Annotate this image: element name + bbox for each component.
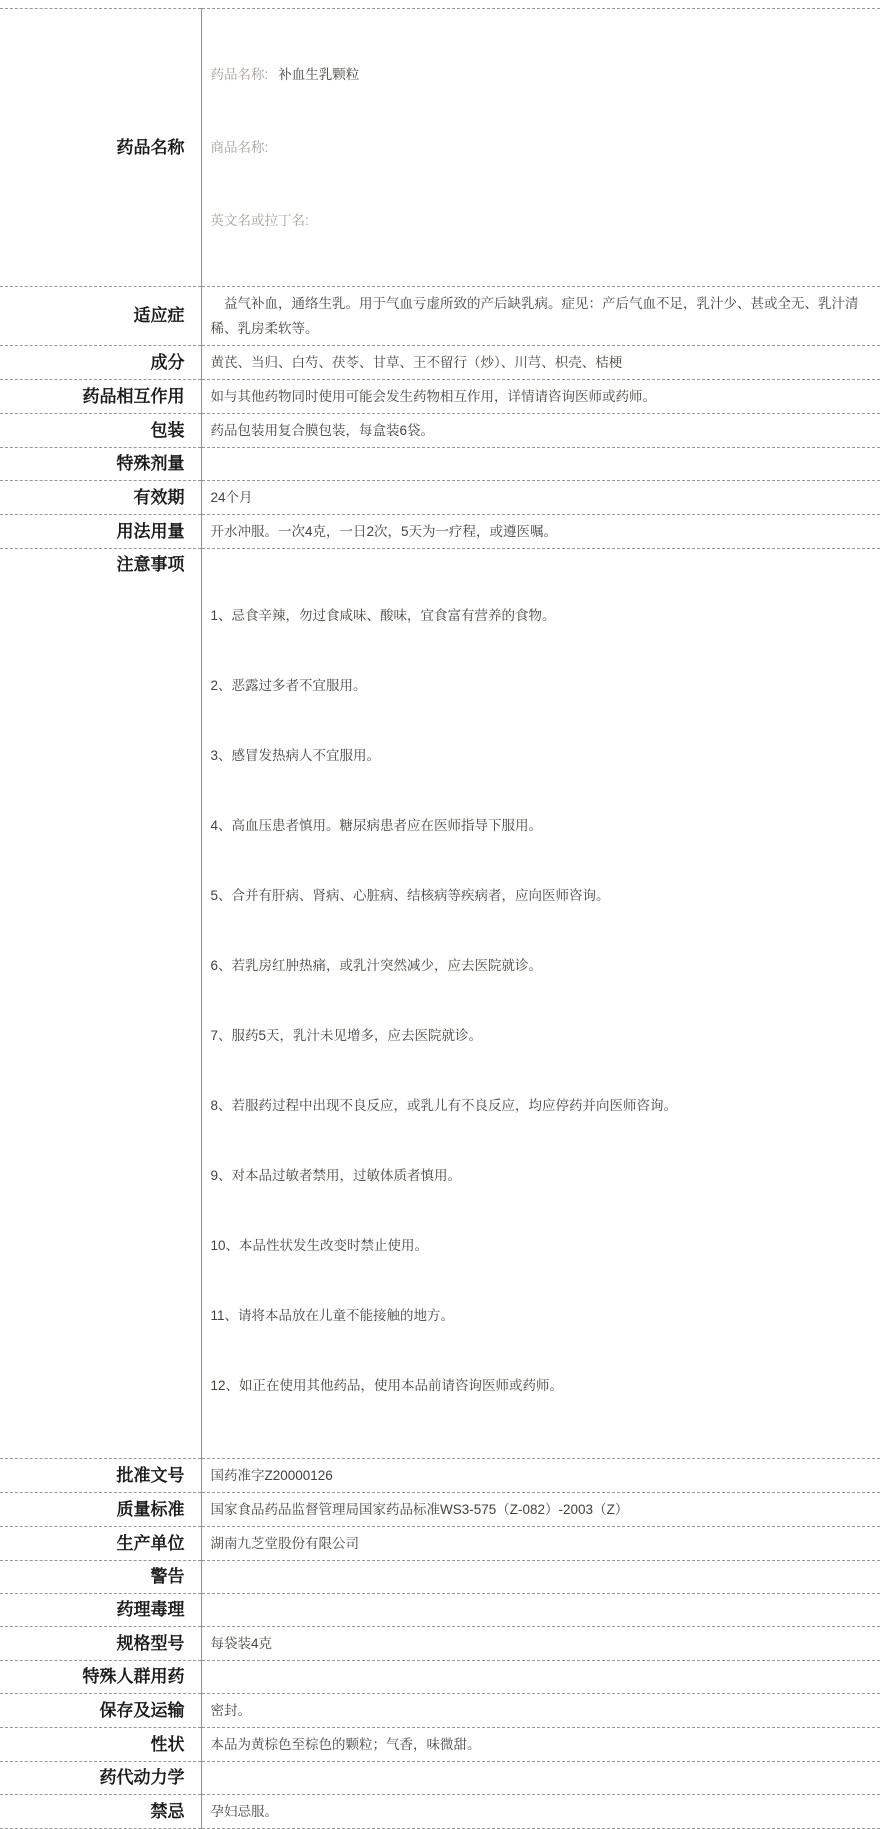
precaution-item: 2、恶露过多者不宜服用。 [211, 676, 871, 696]
precaution-item: 3、感冒发热病人不宜服用。 [211, 746, 871, 766]
row-label-special-population: 特殊人群用药 [0, 1661, 201, 1694]
row-warning: 警告 [0, 1561, 880, 1594]
precaution-item: 10、本品性状发生改变时禁止使用。 [211, 1236, 871, 1256]
row-label-specification: 规格型号 [0, 1627, 201, 1661]
row-value-special-population [201, 1661, 880, 1694]
field-label-trade-name: 商品名称: [211, 140, 269, 155]
row-label-ingredients: 成分 [0, 346, 201, 380]
row-value-drug-interactions: 如与其他药物同时使用可能会发生药物相互作用，详情请咨询医师或药师。 [201, 380, 880, 414]
row-shelf-life: 有效期 24个月 [0, 481, 880, 515]
row-usage-dosage: 用法用量 开水冲服。一次4克，一日2次，5天为一疗程，或遵医嘱。 [0, 515, 880, 549]
row-value-special-dosage [201, 448, 880, 481]
row-value-ingredients: 黄芪、当归、白芍、茯苓、甘草、王不留行（炒）、川芎、枳壳、桔梗 [201, 346, 880, 380]
row-pharmacokinetics: 药代动力学 [0, 1762, 880, 1795]
row-drug-name: 药品名称 药品名称:补血生乳颗粒 商品名称: 英文名或拉丁名: [0, 9, 880, 287]
row-pharmacology-toxicology: 药理毒理 [0, 1594, 880, 1627]
precaution-item: 4、高血压患者慎用。糖尿病患者应在医师指导下服用。 [211, 816, 871, 836]
drug-info-table: 药品名称 药品名称:补血生乳颗粒 商品名称: 英文名或拉丁名: 适应症 益气补血… [0, 8, 880, 1829]
precaution-item: 9、对本品过敏者禁用，过敏体质者慎用。 [211, 1166, 871, 1186]
field-line-trade-name: 商品名称: [211, 136, 871, 159]
row-label-precautions: 注意事项 [0, 549, 201, 1459]
row-label-special-dosage: 特殊剂量 [0, 448, 201, 481]
field-line-english-name: 英文名或拉丁名: [211, 209, 871, 232]
row-indications: 适应症 益气补血，通络生乳。用于气血亏虚所致的产后缺乳病。症见：产后气血不足，乳… [0, 287, 880, 346]
drug-name-fields: 药品名称:补血生乳颗粒 商品名称: 英文名或拉丁名: [201, 9, 880, 287]
row-value-warning [201, 1561, 880, 1594]
row-value-approval-number: 国药准字Z20000126 [201, 1459, 880, 1493]
row-label-packaging: 包装 [0, 414, 201, 448]
row-approval-number: 批准文号 国药准字Z20000126 [0, 1459, 880, 1493]
row-label-manufacturer: 生产单位 [0, 1527, 201, 1561]
precaution-item: 1、忌食辛辣，勿过食咸味、酸味，宜食富有营养的食物。 [211, 606, 871, 626]
row-value-pharmacokinetics [201, 1762, 880, 1795]
row-label-properties: 性状 [0, 1728, 201, 1762]
row-value-properties: 本品为黄棕色至棕色的颗粒；气香，味微甜。 [201, 1728, 880, 1762]
row-label-pharmacokinetics: 药代动力学 [0, 1762, 201, 1795]
row-value-contraindications: 孕妇忌服。 [201, 1795, 880, 1829]
row-value-shelf-life: 24个月 [201, 481, 880, 515]
row-label-indications: 适应症 [0, 287, 201, 346]
precaution-item: 12、如正在使用其他药品，使用本品前请咨询医师或药师。 [211, 1376, 871, 1396]
field-label-english-name: 英文名或拉丁名: [211, 213, 309, 228]
row-label-storage-transport: 保存及运输 [0, 1694, 201, 1728]
precaution-item: 5、合并有肝病、肾病、心脏病、结核病等疾病者，应向医师咨询。 [211, 886, 871, 906]
row-label-drug-name: 药品名称 [0, 9, 201, 287]
row-label-usage-dosage: 用法用量 [0, 515, 201, 549]
row-special-population: 特殊人群用药 [0, 1661, 880, 1694]
row-properties: 性状 本品为黄棕色至棕色的颗粒；气香，味微甜。 [0, 1728, 880, 1762]
row-special-dosage: 特殊剂量 [0, 448, 880, 481]
row-label-quality-standard: 质量标准 [0, 1493, 201, 1527]
precaution-item: 7、服药5天，乳汁未见增多，应去医院就诊。 [211, 1026, 871, 1046]
row-drug-interactions: 药品相互作用 如与其他药物同时使用可能会发生药物相互作用，详情请咨询医师或药师。 [0, 380, 880, 414]
row-specification: 规格型号 每袋装4克 [0, 1627, 880, 1661]
row-storage-transport: 保存及运输 密封。 [0, 1694, 880, 1728]
row-contraindications: 禁忌 孕妇忌服。 [0, 1795, 880, 1829]
row-value-pharmacology-toxicology [201, 1594, 880, 1627]
row-value-packaging: 药品包装用复合膜包装，每盒装6袋。 [201, 414, 880, 448]
row-quality-standard: 质量标准 国家食品药品监督管理局国家药品标准WS3-575（Z-082）-200… [0, 1493, 880, 1527]
precaution-item: 8、若服药过程中出现不良反应，或乳儿有不良反应，均应停药并向医师咨询。 [211, 1096, 871, 1116]
precaution-item: 11、请将本品放在儿童不能接触的地方。 [211, 1306, 871, 1326]
precaution-item: 6、若乳房红肿热痛，或乳汁突然减少，应去医院就诊。 [211, 956, 871, 976]
row-precautions: 注意事项 1、忌食辛辣，勿过食咸味、酸味，宜食富有营养的食物。 2、恶露过多者不… [0, 549, 880, 1459]
row-value-storage-transport: 密封。 [201, 1694, 880, 1728]
row-value-manufacturer: 湖南九芝堂股份有限公司 [201, 1527, 880, 1561]
row-label-shelf-life: 有效期 [0, 481, 201, 515]
field-label-product-name: 药品名称: [211, 67, 269, 82]
row-value-indications: 益气补血，通络生乳。用于气血亏虚所致的产后缺乳病。症见：产后气血不足，乳汁少、甚… [201, 287, 880, 346]
row-label-warning: 警告 [0, 1561, 201, 1594]
row-label-contraindications: 禁忌 [0, 1795, 201, 1829]
row-value-specification: 每袋装4克 [201, 1627, 880, 1661]
precautions-list: 1、忌食辛辣，勿过食咸味、酸味，宜食富有营养的食物。 2、恶露过多者不宜服用。 … [201, 549, 880, 1459]
row-label-drug-interactions: 药品相互作用 [0, 380, 201, 414]
row-ingredients: 成分 黄芪、当归、白芍、茯苓、甘草、王不留行（炒）、川芎、枳壳、桔梗 [0, 346, 880, 380]
row-packaging: 包装 药品包装用复合膜包装，每盒装6袋。 [0, 414, 880, 448]
row-label-pharmacology-toxicology: 药理毒理 [0, 1594, 201, 1627]
row-value-usage-dosage: 开水冲服。一次4克，一日2次，5天为一疗程，或遵医嘱。 [201, 515, 880, 549]
row-value-quality-standard: 国家食品药品监督管理局国家药品标准WS3-575（Z-082）-2003（Z） [201, 1493, 880, 1527]
drug-info-page: 药品名称 药品名称:补血生乳颗粒 商品名称: 英文名或拉丁名: 适应症 益气补血… [0, 0, 880, 1829]
field-line-product-name: 药品名称:补血生乳颗粒 [211, 63, 871, 86]
row-manufacturer: 生产单位 湖南九芝堂股份有限公司 [0, 1527, 880, 1561]
row-label-approval-number: 批准文号 [0, 1459, 201, 1493]
field-value-product-name: 补血生乳颗粒 [278, 67, 359, 82]
